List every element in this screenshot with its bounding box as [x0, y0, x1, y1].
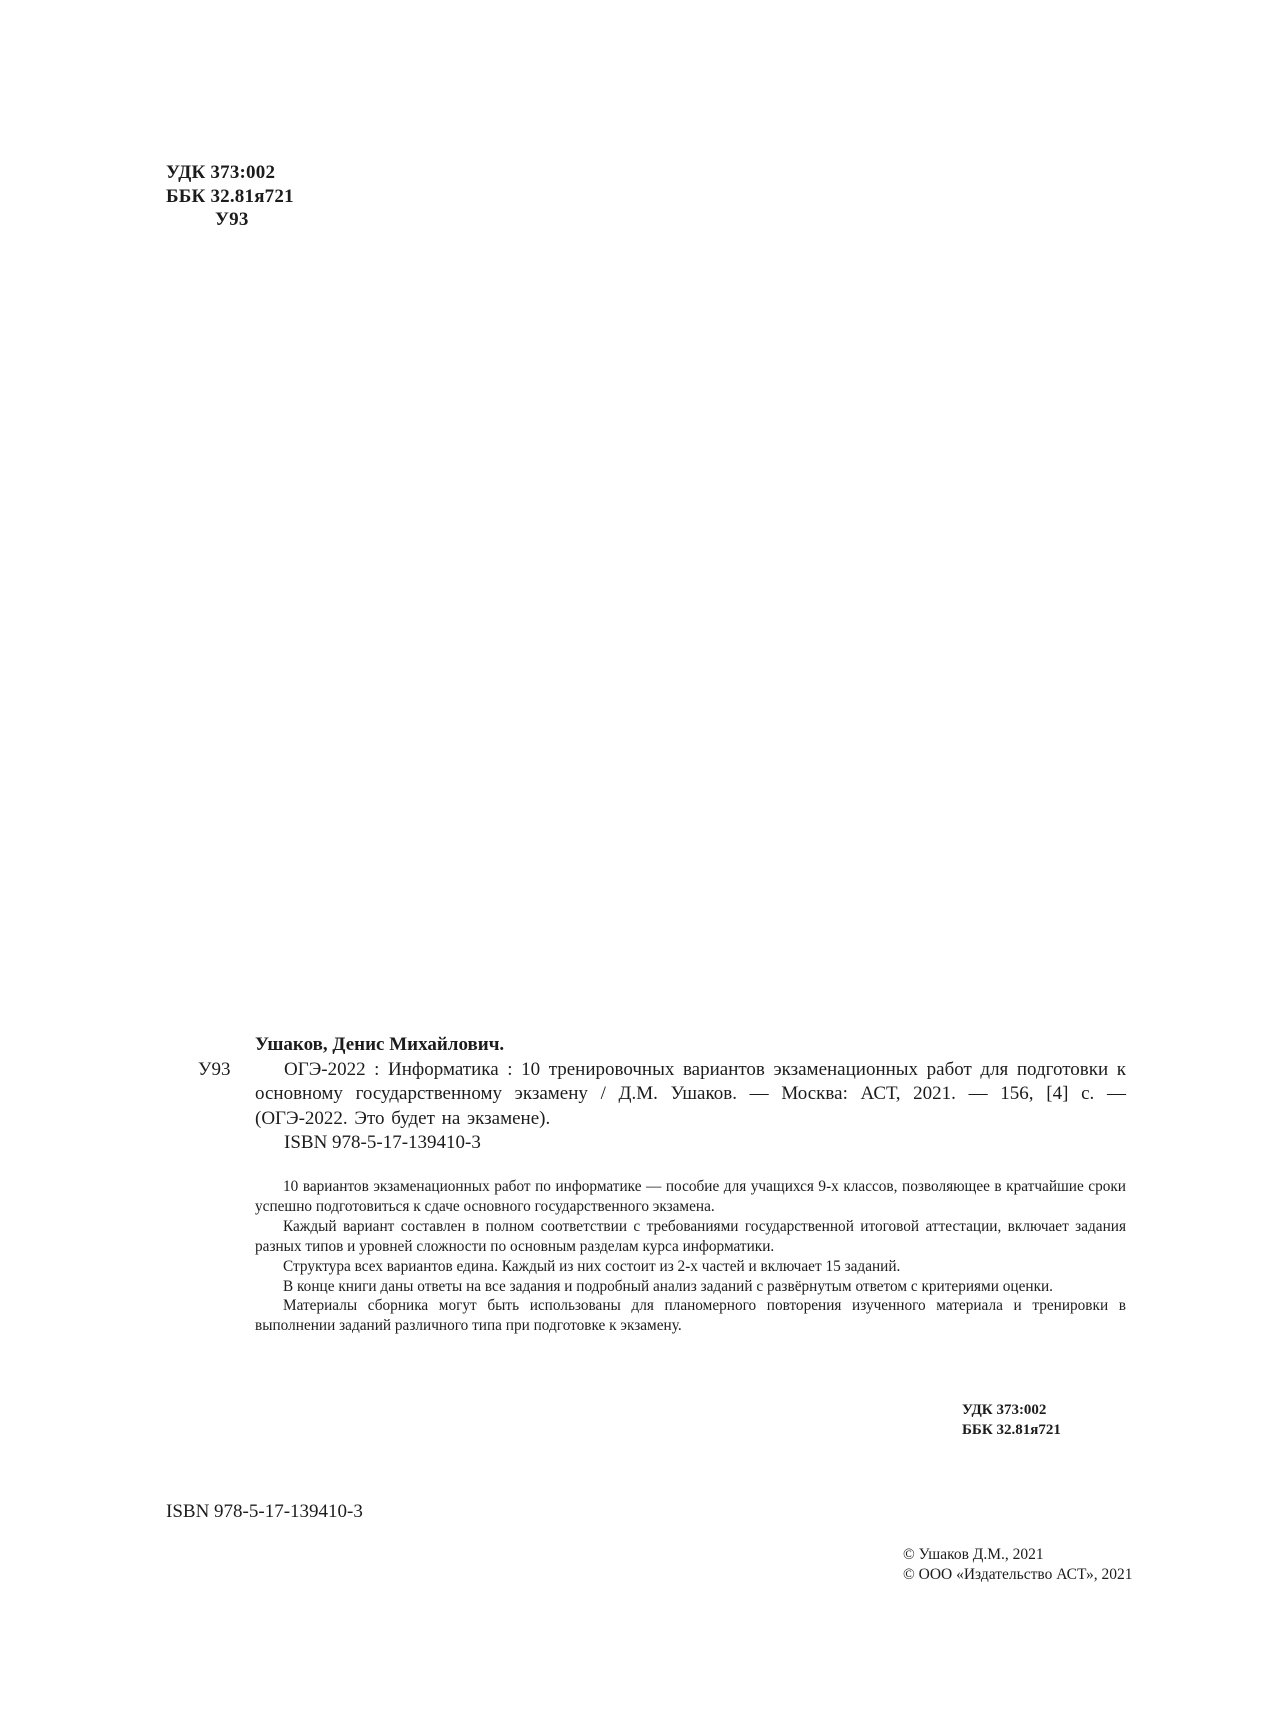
udk-code: УДК 373:002: [166, 161, 294, 185]
annotation-paragraph: Каждый вариант составлен в полном соотве…: [255, 1217, 1126, 1257]
isbn-footer: ISBN 978-5-17-139410-3: [166, 1500, 363, 1524]
bibliographic-record: У93 Ушаков, Денис Михайлович. ОГЭ-2022 :…: [198, 1033, 1126, 1156]
copyright-block: © Ушаков Д.М., 2021 © ООО «Издательство …: [903, 1545, 1133, 1585]
annotation-paragraph: В конце книги даны ответы на все задания…: [255, 1277, 1126, 1297]
author-heading: Ушаков, Денис Михайлович.: [255, 1033, 1126, 1058]
bottom-classification-block: УДК 373:002 ББК 32.81я721: [962, 1401, 1061, 1440]
bbk-code: ББК 32.81я721: [962, 1421, 1061, 1441]
top-classification-block: УДК 373:002 ББК 32.81я721 У93: [166, 161, 294, 232]
isbn: ISBN 978-5-17-139410-3: [255, 1131, 1126, 1156]
annotation-paragraph: Структура всех вариантов едина. Каждый и…: [255, 1257, 1126, 1277]
annotation-paragraph: Материалы сборника могут быть использова…: [255, 1296, 1126, 1336]
author-mark: У93: [198, 1058, 230, 1083]
annotation-paragraph: 10 вариантов экзаменационных работ по ин…: [255, 1177, 1126, 1217]
bbk-code: ББК 32.81я721: [166, 185, 294, 209]
annotation: 10 вариантов экзаменационных работ по ин…: [255, 1177, 1126, 1336]
copyright-author: © Ушаков Д.М., 2021: [903, 1545, 1133, 1565]
copyright-publisher: © ООО «Издательство АСТ», 2021: [903, 1565, 1133, 1585]
author-mark: У93: [166, 208, 294, 232]
bibliographic-description: ОГЭ-2022 : Информатика : 10 тренировочны…: [255, 1058, 1126, 1132]
udk-code: УДК 373:002: [962, 1401, 1061, 1421]
